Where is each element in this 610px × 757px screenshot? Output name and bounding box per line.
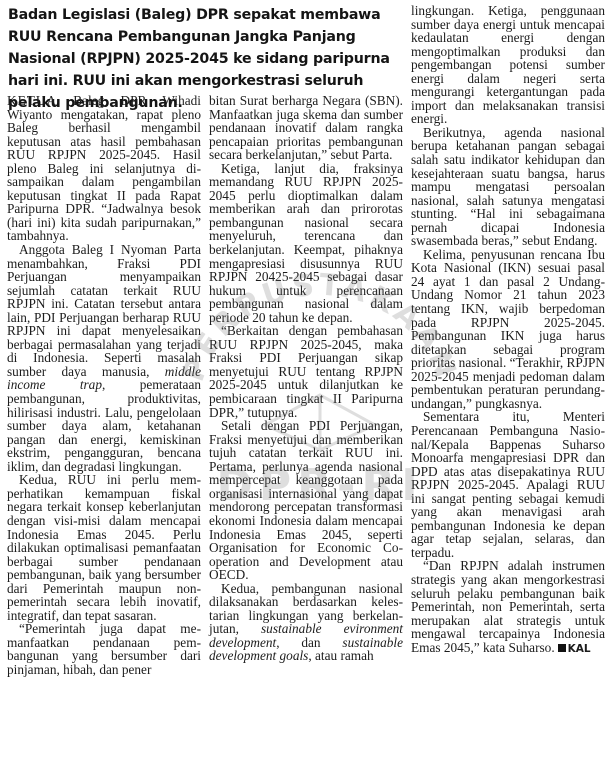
article-column-1: KETUA Baleg DPR Wihadi Wiyanto mengataka… (7, 94, 201, 677)
paragraph: Anggota Baleg I Nyoman Parta menambahkan… (7, 243, 201, 473)
paragraph: “Berkaitan dengan pemba­hasan RUU RPJPN … (209, 324, 403, 419)
paragraph: Kelima, penyusunan rencana Ibu Kota Nasi… (411, 248, 605, 411)
paragraph: KETUA Baleg DPR Wihadi Wiyanto mengataka… (7, 94, 201, 243)
paragraph: Kedua, RUU ini perlu mem­perhatikan kema… (7, 473, 201, 622)
paragraph-text: Anggota Baleg I Nyoman Parta menambahkan… (7, 242, 201, 379)
paragraph: Ketiga, lanjut dia, fraksi­nya memandang… (209, 162, 403, 325)
paragraph: “Pemerintah juga dapat me­manfaatkan pen… (7, 622, 201, 676)
paragraph: lingkungan. Ketiga, penggunaan sumber da… (411, 4, 605, 126)
article-column-2: bitan Surat berharga Negara (SBN). Manfa… (209, 94, 403, 663)
paragraph: “Dan RPJPN adalah instrumen strategis ya… (411, 559, 605, 656)
paragraph-text: Baleg DPR Wihadi Wiyanto mengatakan, rap… (7, 93, 201, 243)
paragraph: bitan Surat berharga Negara (SBN). Manfa… (209, 94, 403, 162)
paragraph: Setali dengan PDI Perjuangan, Fraksi men… (209, 419, 403, 582)
paragraph: Berikutnya, agenda nasional berupa ketah… (411, 126, 605, 248)
end-mark-icon (558, 644, 566, 652)
paragraph-text: “Dan RPJPN adalah instrumen strategis ya… (411, 558, 605, 654)
article-column-3: lingkungan. Ketiga, penggunaan sumber da… (411, 4, 605, 656)
paragraph: Kedua, pembangunan nasional dilaksanakan… (209, 582, 403, 663)
paragraph-text: , pemerataan pembangunan, produktivitas,… (7, 377, 201, 473)
author-signature: KAL (568, 643, 591, 655)
paragraph: Sementara itu, Menteri Perencanaan Pemba… (411, 410, 605, 559)
paragraph-text: , atau ramah (308, 648, 373, 663)
